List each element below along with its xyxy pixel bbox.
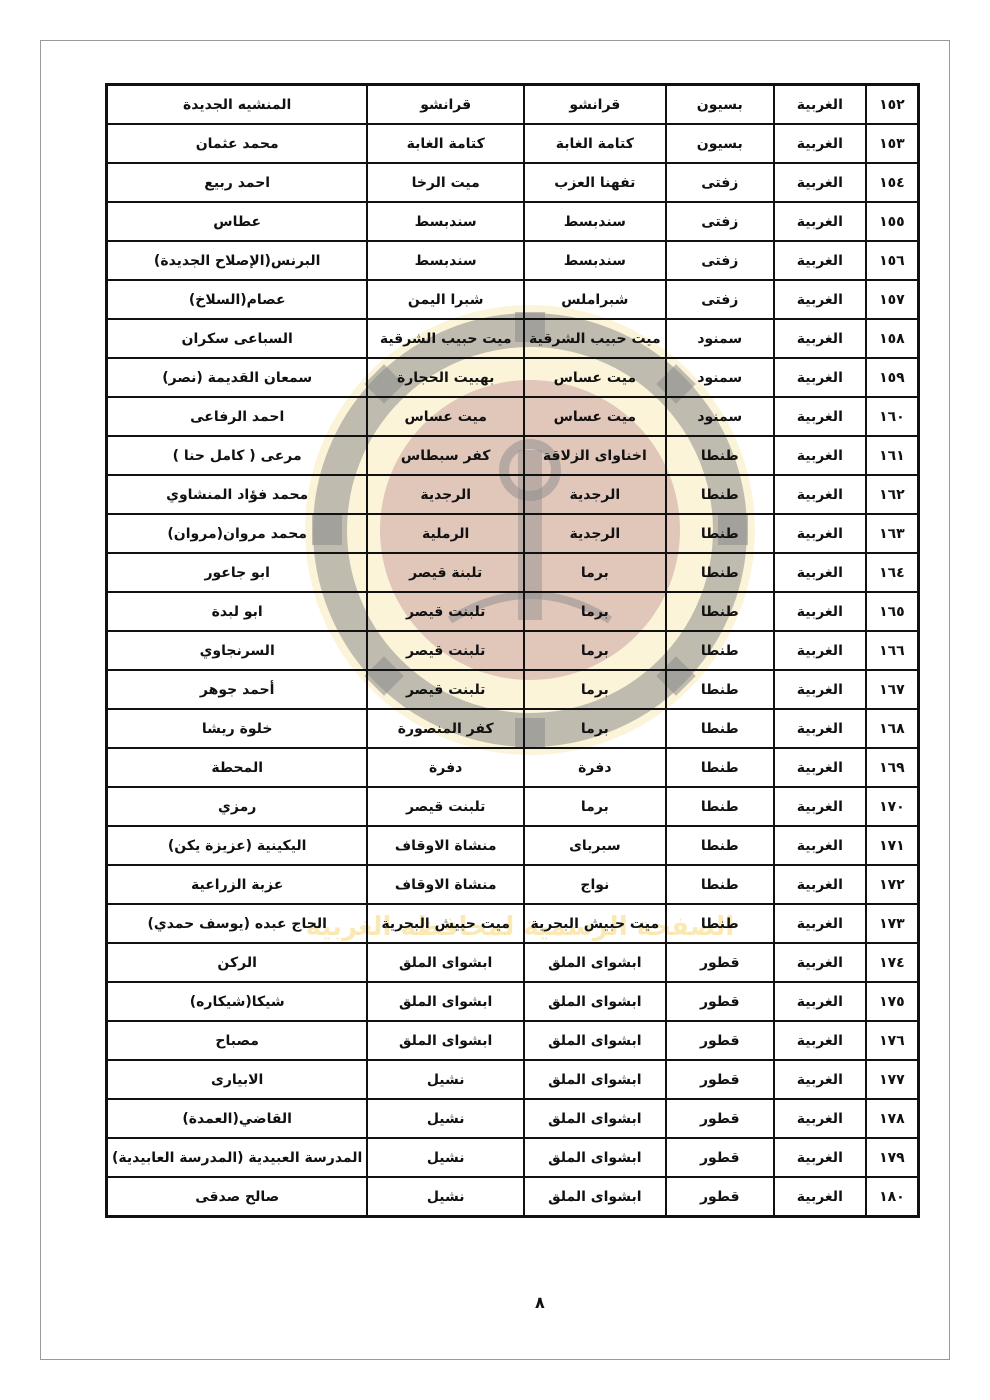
table-row: ١٥٥الغربيةزفتىسندبسطسندبسطعطاس: [107, 202, 919, 241]
governorate-cell: الغربية: [774, 358, 866, 397]
local-unit-cell: شبراملس: [524, 280, 666, 319]
village-cell: بهبيت الحجارة: [367, 358, 524, 397]
center-cell: قطور: [666, 1021, 774, 1060]
table-row: ١٦٢الغربيةطنطاالرجديةالرجديةمحمد فؤاد ال…: [107, 475, 919, 514]
table-row: ١٧٧الغربيةقطورابشواى الملقنشيلالابيارى: [107, 1060, 919, 1099]
center-cell: قطور: [666, 1177, 774, 1217]
school-name-cell: احمد الرفاعى: [107, 397, 368, 436]
local-unit-cell: ميت حبيب الشرقية: [524, 319, 666, 358]
school-name-cell: احمد ربيع: [107, 163, 368, 202]
row-number: ١٦٧: [866, 670, 919, 709]
school-name-cell: المدرسة العبيدية (المدرسة العابيدية): [107, 1138, 368, 1177]
school-name-cell: ابو جاعور: [107, 553, 368, 592]
table-row: ١٧٥الغربيةقطورابشواى الملقابشواى الملقشي…: [107, 982, 919, 1021]
school-name-cell: عطاس: [107, 202, 368, 241]
local-unit-cell: ابشواى الملق: [524, 982, 666, 1021]
governorate-cell: الغربية: [774, 553, 866, 592]
local-unit-cell: برما: [524, 631, 666, 670]
village-cell: شبرا اليمن: [367, 280, 524, 319]
village-cell: ميت حبيش البحرية: [367, 904, 524, 943]
row-number: ١٥٦: [866, 241, 919, 280]
center-cell: قطور: [666, 1099, 774, 1138]
village-cell: سندبسط: [367, 202, 524, 241]
governorate-cell: الغربية: [774, 397, 866, 436]
local-unit-cell: اخناواى الزلاقة: [524, 436, 666, 475]
table-row: ١٥٤الغربيةزفتىتفهنا العزبميت الرخااحمد ر…: [107, 163, 919, 202]
school-name-cell: القاضي(العمدة): [107, 1099, 368, 1138]
governorate-cell: الغربية: [774, 865, 866, 904]
table-row: ١٦٤الغربيةطنطابرماتلبنة قيصرابو جاعور: [107, 553, 919, 592]
center-cell: زفتى: [666, 241, 774, 280]
school-name-cell: محمد مروان(مروان): [107, 514, 368, 553]
school-name-cell: شيكا(شيكاره): [107, 982, 368, 1021]
governorate-cell: الغربية: [774, 280, 866, 319]
table-row: ١٥٧الغربيةزفتىشبراملسشبرا اليمنعصام(السل…: [107, 280, 919, 319]
governorate-cell: الغربية: [774, 85, 866, 125]
row-number: ١٧٠: [866, 787, 919, 826]
governorate-cell: الغربية: [774, 475, 866, 514]
village-cell: ميت حبيب الشرقية: [367, 319, 524, 358]
local-unit-cell: ابشواى الملق: [524, 943, 666, 982]
village-cell: كفر سبطاس: [367, 436, 524, 475]
village-cell: نشيل: [367, 1177, 524, 1217]
row-number: ١٧٦: [866, 1021, 919, 1060]
schools-table: ١٥٢الغربيةبسيونقرانشوقرانشوالمنشيه الجدي…: [105, 83, 920, 1218]
local-unit-cell: سندبسط: [524, 202, 666, 241]
village-cell: تلبنة قيصر: [367, 553, 524, 592]
school-name-cell: ابو لبدة: [107, 592, 368, 631]
center-cell: قطور: [666, 982, 774, 1021]
school-name-cell: عصام(السلاخ): [107, 280, 368, 319]
local-unit-cell: قرانشو: [524, 85, 666, 125]
table-row: ١٦١الغربيةطنطااخناواى الزلاقةكفر سبطاسمر…: [107, 436, 919, 475]
local-unit-cell: برما: [524, 592, 666, 631]
school-name-cell: السرنجاوي: [107, 631, 368, 670]
row-number: ١٧١: [866, 826, 919, 865]
center-cell: قطور: [666, 1060, 774, 1099]
school-name-cell: مصباح: [107, 1021, 368, 1060]
school-name-cell: محمد عثمان: [107, 124, 368, 163]
local-unit-cell: نواج: [524, 865, 666, 904]
school-name-cell: المحطة: [107, 748, 368, 787]
table-row: ١٦٣الغربيةطنطاالرجديةالرمليةمحمد مروان(م…: [107, 514, 919, 553]
row-number: ١٦٩: [866, 748, 919, 787]
center-cell: طنطا: [666, 592, 774, 631]
row-number: ١٧٤: [866, 943, 919, 982]
local-unit-cell: ابشواى الملق: [524, 1099, 666, 1138]
governorate-cell: الغربية: [774, 514, 866, 553]
row-number: ١٥٧: [866, 280, 919, 319]
village-cell: ميت عساس: [367, 397, 524, 436]
village-cell: تلبنت قيصر: [367, 631, 524, 670]
governorate-cell: الغربية: [774, 826, 866, 865]
local-unit-cell: الرجدية: [524, 514, 666, 553]
center-cell: طنطا: [666, 553, 774, 592]
governorate-cell: الغربية: [774, 982, 866, 1021]
center-cell: بسيون: [666, 124, 774, 163]
table-row: ١٥٩الغربيةسمنودميت عساسبهبيت الحجارةسمعا…: [107, 358, 919, 397]
governorate-cell: الغربية: [774, 241, 866, 280]
center-cell: طنطا: [666, 709, 774, 748]
local-unit-cell: ميت عساس: [524, 397, 666, 436]
governorate-cell: الغربية: [774, 319, 866, 358]
center-cell: طنطا: [666, 748, 774, 787]
governorate-cell: الغربية: [774, 631, 866, 670]
table-row: ١٧٨الغربيةقطورابشواى الملقنشيلالقاضي(الع…: [107, 1099, 919, 1138]
row-number: ١٥٤: [866, 163, 919, 202]
center-cell: طنطا: [666, 475, 774, 514]
school-name-cell: مرعى ( كامل حنا ): [107, 436, 368, 475]
center-cell: زفتى: [666, 280, 774, 319]
table-row: ١٦٨الغربيةطنطابرماكفر المنصورةخلوة ريشا: [107, 709, 919, 748]
school-name-cell: البرنس(الإصلاح الجديدة): [107, 241, 368, 280]
table-row: ١٥٣الغربيةبسيونكتامة الغابةكتامة الغابةم…: [107, 124, 919, 163]
center-cell: قطور: [666, 1138, 774, 1177]
center-cell: قطور: [666, 943, 774, 982]
row-number: ١٥٩: [866, 358, 919, 397]
row-number: ١٦٨: [866, 709, 919, 748]
governorate-cell: الغربية: [774, 163, 866, 202]
governorate-cell: الغربية: [774, 709, 866, 748]
village-cell: الرملية: [367, 514, 524, 553]
local-unit-cell: برما: [524, 787, 666, 826]
governorate-cell: الغربية: [774, 1138, 866, 1177]
local-unit-cell: برما: [524, 553, 666, 592]
row-number: ١٧٢: [866, 865, 919, 904]
row-number: ١٧٨: [866, 1099, 919, 1138]
village-cell: كفر المنصورة: [367, 709, 524, 748]
center-cell: طنطا: [666, 826, 774, 865]
village-cell: قرانشو: [367, 85, 524, 125]
village-cell: ابشواى الملق: [367, 943, 524, 982]
local-unit-cell: ميت عساس: [524, 358, 666, 397]
village-cell: نشيل: [367, 1099, 524, 1138]
governorate-cell: الغربية: [774, 592, 866, 631]
village-cell: الرجدية: [367, 475, 524, 514]
village-cell: منشاة الاوقاف: [367, 865, 524, 904]
school-name-cell: صالح صدقى: [107, 1177, 368, 1217]
village-cell: ميت الرخا: [367, 163, 524, 202]
village-cell: سندبسط: [367, 241, 524, 280]
row-number: ١٦٤: [866, 553, 919, 592]
table-row: ١٥٢الغربيةبسيونقرانشوقرانشوالمنشيه الجدي…: [107, 85, 919, 125]
row-number: ١٦٦: [866, 631, 919, 670]
governorate-cell: الغربية: [774, 904, 866, 943]
village-cell: تلبنت قيصر: [367, 787, 524, 826]
village-cell: ابشواى الملق: [367, 1021, 524, 1060]
center-cell: سمنود: [666, 358, 774, 397]
row-number: ١٥٣: [866, 124, 919, 163]
village-cell: نشيل: [367, 1138, 524, 1177]
center-cell: زفتى: [666, 163, 774, 202]
local-unit-cell: ميت حبيش البحرية: [524, 904, 666, 943]
school-name-cell: المنشيه الجديدة: [107, 85, 368, 125]
table-row: ١٥٦الغربيةزفتىسندبسطسندبسطالبرنس(الإصلاح…: [107, 241, 919, 280]
school-name-cell: أحمد جوهر: [107, 670, 368, 709]
center-cell: طنطا: [666, 787, 774, 826]
school-name-cell: الحاج عبده (يوسف حمدي): [107, 904, 368, 943]
school-name-cell: الركن: [107, 943, 368, 982]
table-row: ١٧٣الغربيةطنطاميت حبيش البحريةميت حبيش ا…: [107, 904, 919, 943]
village-cell: كتامة الغابة: [367, 124, 524, 163]
governorate-cell: الغربية: [774, 670, 866, 709]
governorate-cell: الغربية: [774, 943, 866, 982]
governorate-cell: الغربية: [774, 787, 866, 826]
table-row: ١٦٦الغربيةطنطابرماتلبنت قيصرالسرنجاوي: [107, 631, 919, 670]
table-row: ١٨٠الغربيةقطورابشواى الملقنشيلصالح صدقى: [107, 1177, 919, 1217]
village-cell: تلبنت قيصر: [367, 670, 524, 709]
governorate-cell: الغربية: [774, 1099, 866, 1138]
governorate-cell: الغربية: [774, 1060, 866, 1099]
table-row: ١٥٨الغربيةسمنودميت حبيب الشرقيةميت حبيب …: [107, 319, 919, 358]
center-cell: طنطا: [666, 631, 774, 670]
school-name-cell: محمد فؤاد المنشاوي: [107, 475, 368, 514]
table-row: ١٦٧الغربيةطنطابرماتلبنت قيصرأحمد جوهر: [107, 670, 919, 709]
row-number: ١٦٢: [866, 475, 919, 514]
governorate-cell: الغربية: [774, 436, 866, 475]
village-cell: تلبنت قيصر: [367, 592, 524, 631]
row-number: ١٥٨: [866, 319, 919, 358]
table-row: ١٦٥الغربيةطنطابرماتلبنت قيصرابو لبدة: [107, 592, 919, 631]
table-row: ١٧٦الغربيةقطورابشواى الملقابشواى الملقمص…: [107, 1021, 919, 1060]
local-unit-cell: الرجدية: [524, 475, 666, 514]
local-unit-cell: دفرة: [524, 748, 666, 787]
local-unit-cell: ابشواى الملق: [524, 1021, 666, 1060]
row-number: ١٥٢: [866, 85, 919, 125]
local-unit-cell: تفهنا العزب: [524, 163, 666, 202]
page-number: ٨: [535, 1293, 545, 1312]
school-name-cell: سمعان القديمة (نصر): [107, 358, 368, 397]
governorate-cell: الغربية: [774, 202, 866, 241]
table-row: ١٧٩الغربيةقطورابشواى الملقنشيلالمدرسة ال…: [107, 1138, 919, 1177]
row-number: ١٧٧: [866, 1060, 919, 1099]
row-number: ١٨٠: [866, 1177, 919, 1217]
school-name-cell: رمزي: [107, 787, 368, 826]
row-number: ١٧٩: [866, 1138, 919, 1177]
governorate-cell: الغربية: [774, 748, 866, 787]
village-cell: ابشواى الملق: [367, 982, 524, 1021]
governorate-cell: الغربية: [774, 1021, 866, 1060]
center-cell: طنطا: [666, 436, 774, 475]
local-unit-cell: ابشواى الملق: [524, 1138, 666, 1177]
row-number: ١٦٠: [866, 397, 919, 436]
school-name-cell: اليكينية (عزيزة يكن): [107, 826, 368, 865]
center-cell: طنطا: [666, 865, 774, 904]
local-unit-cell: ابشواى الملق: [524, 1060, 666, 1099]
village-cell: نشيل: [367, 1060, 524, 1099]
center-cell: طنطا: [666, 670, 774, 709]
village-cell: دفرة: [367, 748, 524, 787]
row-number: ١٦١: [866, 436, 919, 475]
school-name-cell: الابيارى: [107, 1060, 368, 1099]
table-row: ١٧٠الغربيةطنطابرماتلبنت قيصررمزي: [107, 787, 919, 826]
table-row: ١٧٤الغربيةقطورابشواى الملقابشواى الملقال…: [107, 943, 919, 982]
local-unit-cell: سندبسط: [524, 241, 666, 280]
local-unit-cell: برما: [524, 670, 666, 709]
row-number: ١٥٥: [866, 202, 919, 241]
governorate-cell: الغربية: [774, 124, 866, 163]
row-number: ١٧٣: [866, 904, 919, 943]
governorate-cell: الغربية: [774, 1177, 866, 1217]
row-number: ١٧٥: [866, 982, 919, 1021]
row-number: ١٦٥: [866, 592, 919, 631]
table-row: ١٧١الغربيةطنطاسبرباىمنشاة الاوقافاليكيني…: [107, 826, 919, 865]
row-number: ١٦٣: [866, 514, 919, 553]
local-unit-cell: برما: [524, 709, 666, 748]
table-row: ١٧٢الغربيةطنطانواجمنشاة الاوقافعزبة الزر…: [107, 865, 919, 904]
center-cell: زفتى: [666, 202, 774, 241]
center-cell: طنطا: [666, 514, 774, 553]
table-row: ١٦٩الغربيةطنطادفرةدفرةالمحطة: [107, 748, 919, 787]
center-cell: طنطا: [666, 904, 774, 943]
local-unit-cell: سبرباى: [524, 826, 666, 865]
village-cell: منشاة الاوقاف: [367, 826, 524, 865]
school-name-cell: خلوة ريشا: [107, 709, 368, 748]
center-cell: سمنود: [666, 397, 774, 436]
school-name-cell: السباعى سكران: [107, 319, 368, 358]
school-name-cell: عزبة الزراعية: [107, 865, 368, 904]
center-cell: سمنود: [666, 319, 774, 358]
local-unit-cell: كتامة الغابة: [524, 124, 666, 163]
local-unit-cell: ابشواى الملق: [524, 1177, 666, 1217]
table-row: ١٦٠الغربيةسمنودميت عساسميت عساساحمد الرف…: [107, 397, 919, 436]
center-cell: بسيون: [666, 85, 774, 125]
